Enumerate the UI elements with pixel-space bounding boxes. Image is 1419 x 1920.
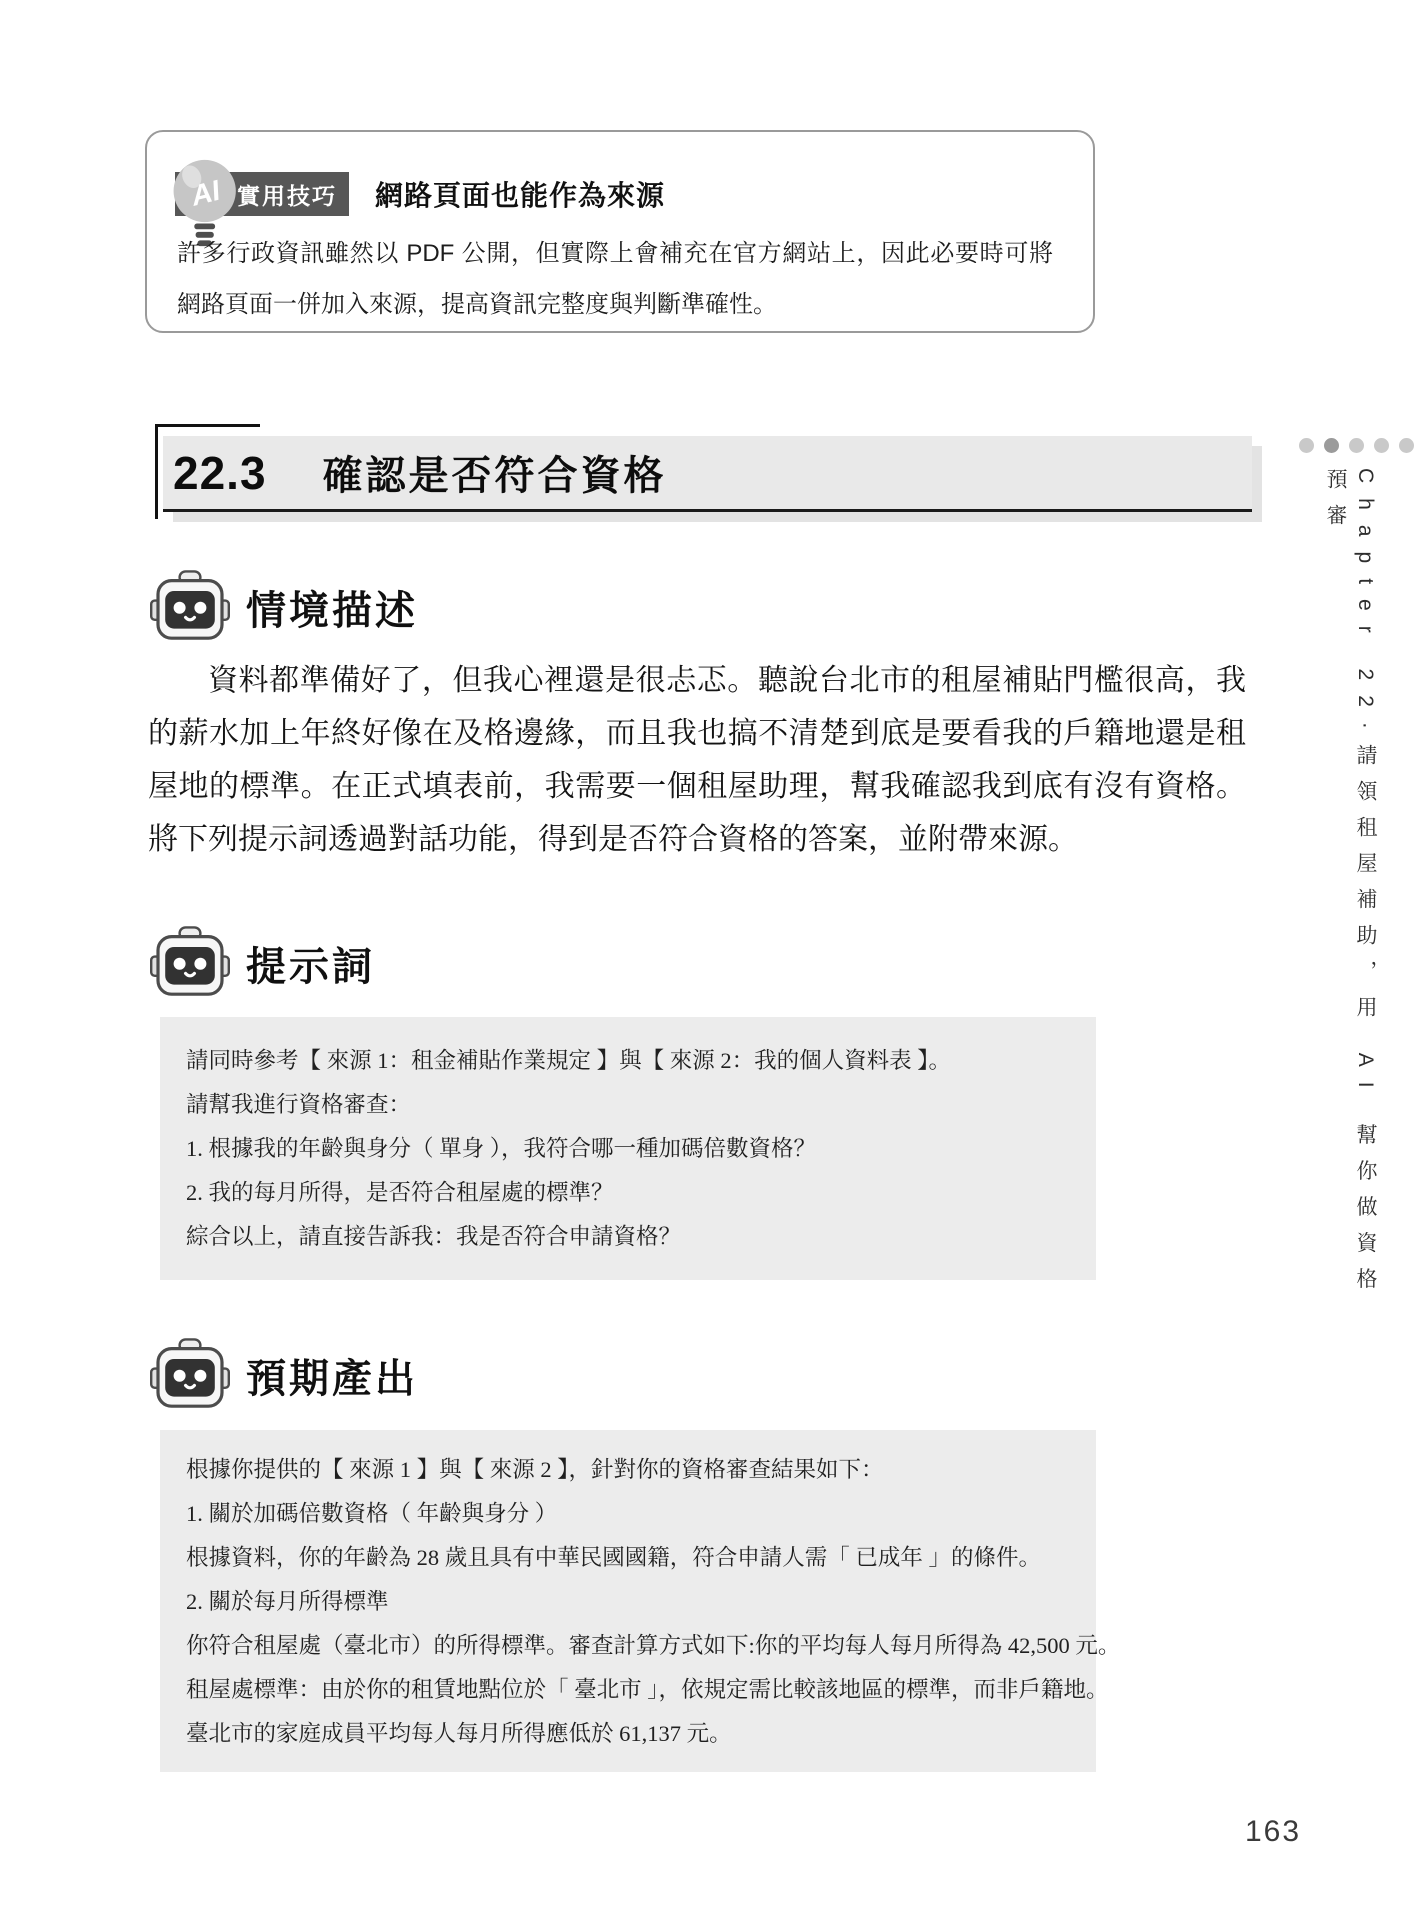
chapter-progress-dot [1349,438,1364,453]
expected-output-heading: 預期產出 [150,1338,418,1412]
prompt-line: 請同時參考【 來源 1：租金補貼作業規定 】與【 來源 2：我的個人資料表 】。 [186,1039,1070,1083]
tip-title: 網路頁面也能作為來源 [375,174,665,214]
book-page: AI 實用技巧 網路頁面也能作為來源 許多行政資訊雖然以 PDF 公開，但實際上… [0,0,1419,1920]
tip-header: AI 實用技巧 網路頁面也能作為來源 [175,172,665,216]
output-line: 租屋處標準：由於你的租賃地點位於「 臺北市 」，依規定需比較該地區的標準，而非戶… [186,1668,1070,1712]
robot-icon [150,1338,230,1412]
tip-box: AI 實用技巧 網路頁面也能作為來源 許多行政資訊雖然以 PDF 公開，但實際上… [145,130,1095,333]
prompt-line: 2. 我的每月所得，是否符合租屋處的標準？ [186,1171,1070,1215]
section-heading-bar: 22.3 確認是否符合資格 [163,436,1252,512]
situation-heading-label: 情境描述 [246,579,418,636]
prompt-box: 請同時參考【 來源 1：租金補貼作業規定 】與【 來源 2：我的個人資料表 】。… [160,1017,1096,1280]
situation-heading: 情境描述 [150,570,418,644]
chapter-progress-dot [1399,438,1414,453]
tip-badge: AI 實用技巧 [175,172,349,216]
output-line: 1. 關於加碼倍數資格（ 年齡與身分 ） [186,1492,1070,1536]
chapter-progress-dot [1374,438,1389,453]
chapter-progress-dot [1324,438,1339,453]
situation-paragraph: 資料都準備好了，但我心裡還是很忐忑。聽說台北市的租屋補貼門檻很高，我的薪水加上年… [148,654,1246,866]
section-number: 22.3 [173,446,267,500]
output-line: 2. 關於每月所得標準 [186,1580,1070,1624]
chapter-sidebar-label: Chapter 22·請領租屋補助，用 AI 幫你做資格預審 [1320,468,1380,1308]
prompt-heading: 提示詞 [150,926,375,1000]
output-line: 根據你提供的【 來源 1 】與【 來源 2 】，針對你的資格審查結果如下： [186,1448,1070,1492]
prompt-line: 綜合以上，請直接告訴我：我是否符合申請資格？ [186,1215,1070,1259]
chapter-progress-dots [1299,438,1414,453]
page-number: 163 [1245,1815,1301,1849]
output-line: 根據資料，你的年齡為 28 歲且具有中華民國國籍，符合申請人需「 已成年 」的條… [186,1536,1070,1580]
output-line: 你符合租屋處（臺北市）的所得標準。審查計算方式如下:你的平均每人每月所得為 42… [186,1624,1070,1668]
prompt-line: 1. 根據我的年齡與身分（ 單身 ），我符合哪一種加碼倍數資格？ [186,1127,1070,1171]
expected-output-box: 根據你提供的【 來源 1 】與【 來源 2 】，針對你的資格審查結果如下： 1.… [160,1430,1096,1772]
prompt-heading-label: 提示詞 [246,935,375,992]
tip-badge-label: 實用技巧 [237,178,337,211]
tip-body: 許多行政資訊雖然以 PDF 公開，但實際上會補充在官方網站上，因此必要時可將網路… [177,228,1053,330]
robot-icon [150,926,230,1000]
chapter-progress-dot [1299,438,1314,453]
section-title: 確認是否符合資格 [323,444,667,501]
expected-output-heading-label: 預期產出 [246,1347,418,1404]
output-line: 臺北市的家庭成員平均每人每月所得應低於 61,137 元。 [186,1712,1070,1756]
prompt-line: 請幫我進行資格審查： [186,1083,1070,1127]
robot-icon [150,570,230,644]
